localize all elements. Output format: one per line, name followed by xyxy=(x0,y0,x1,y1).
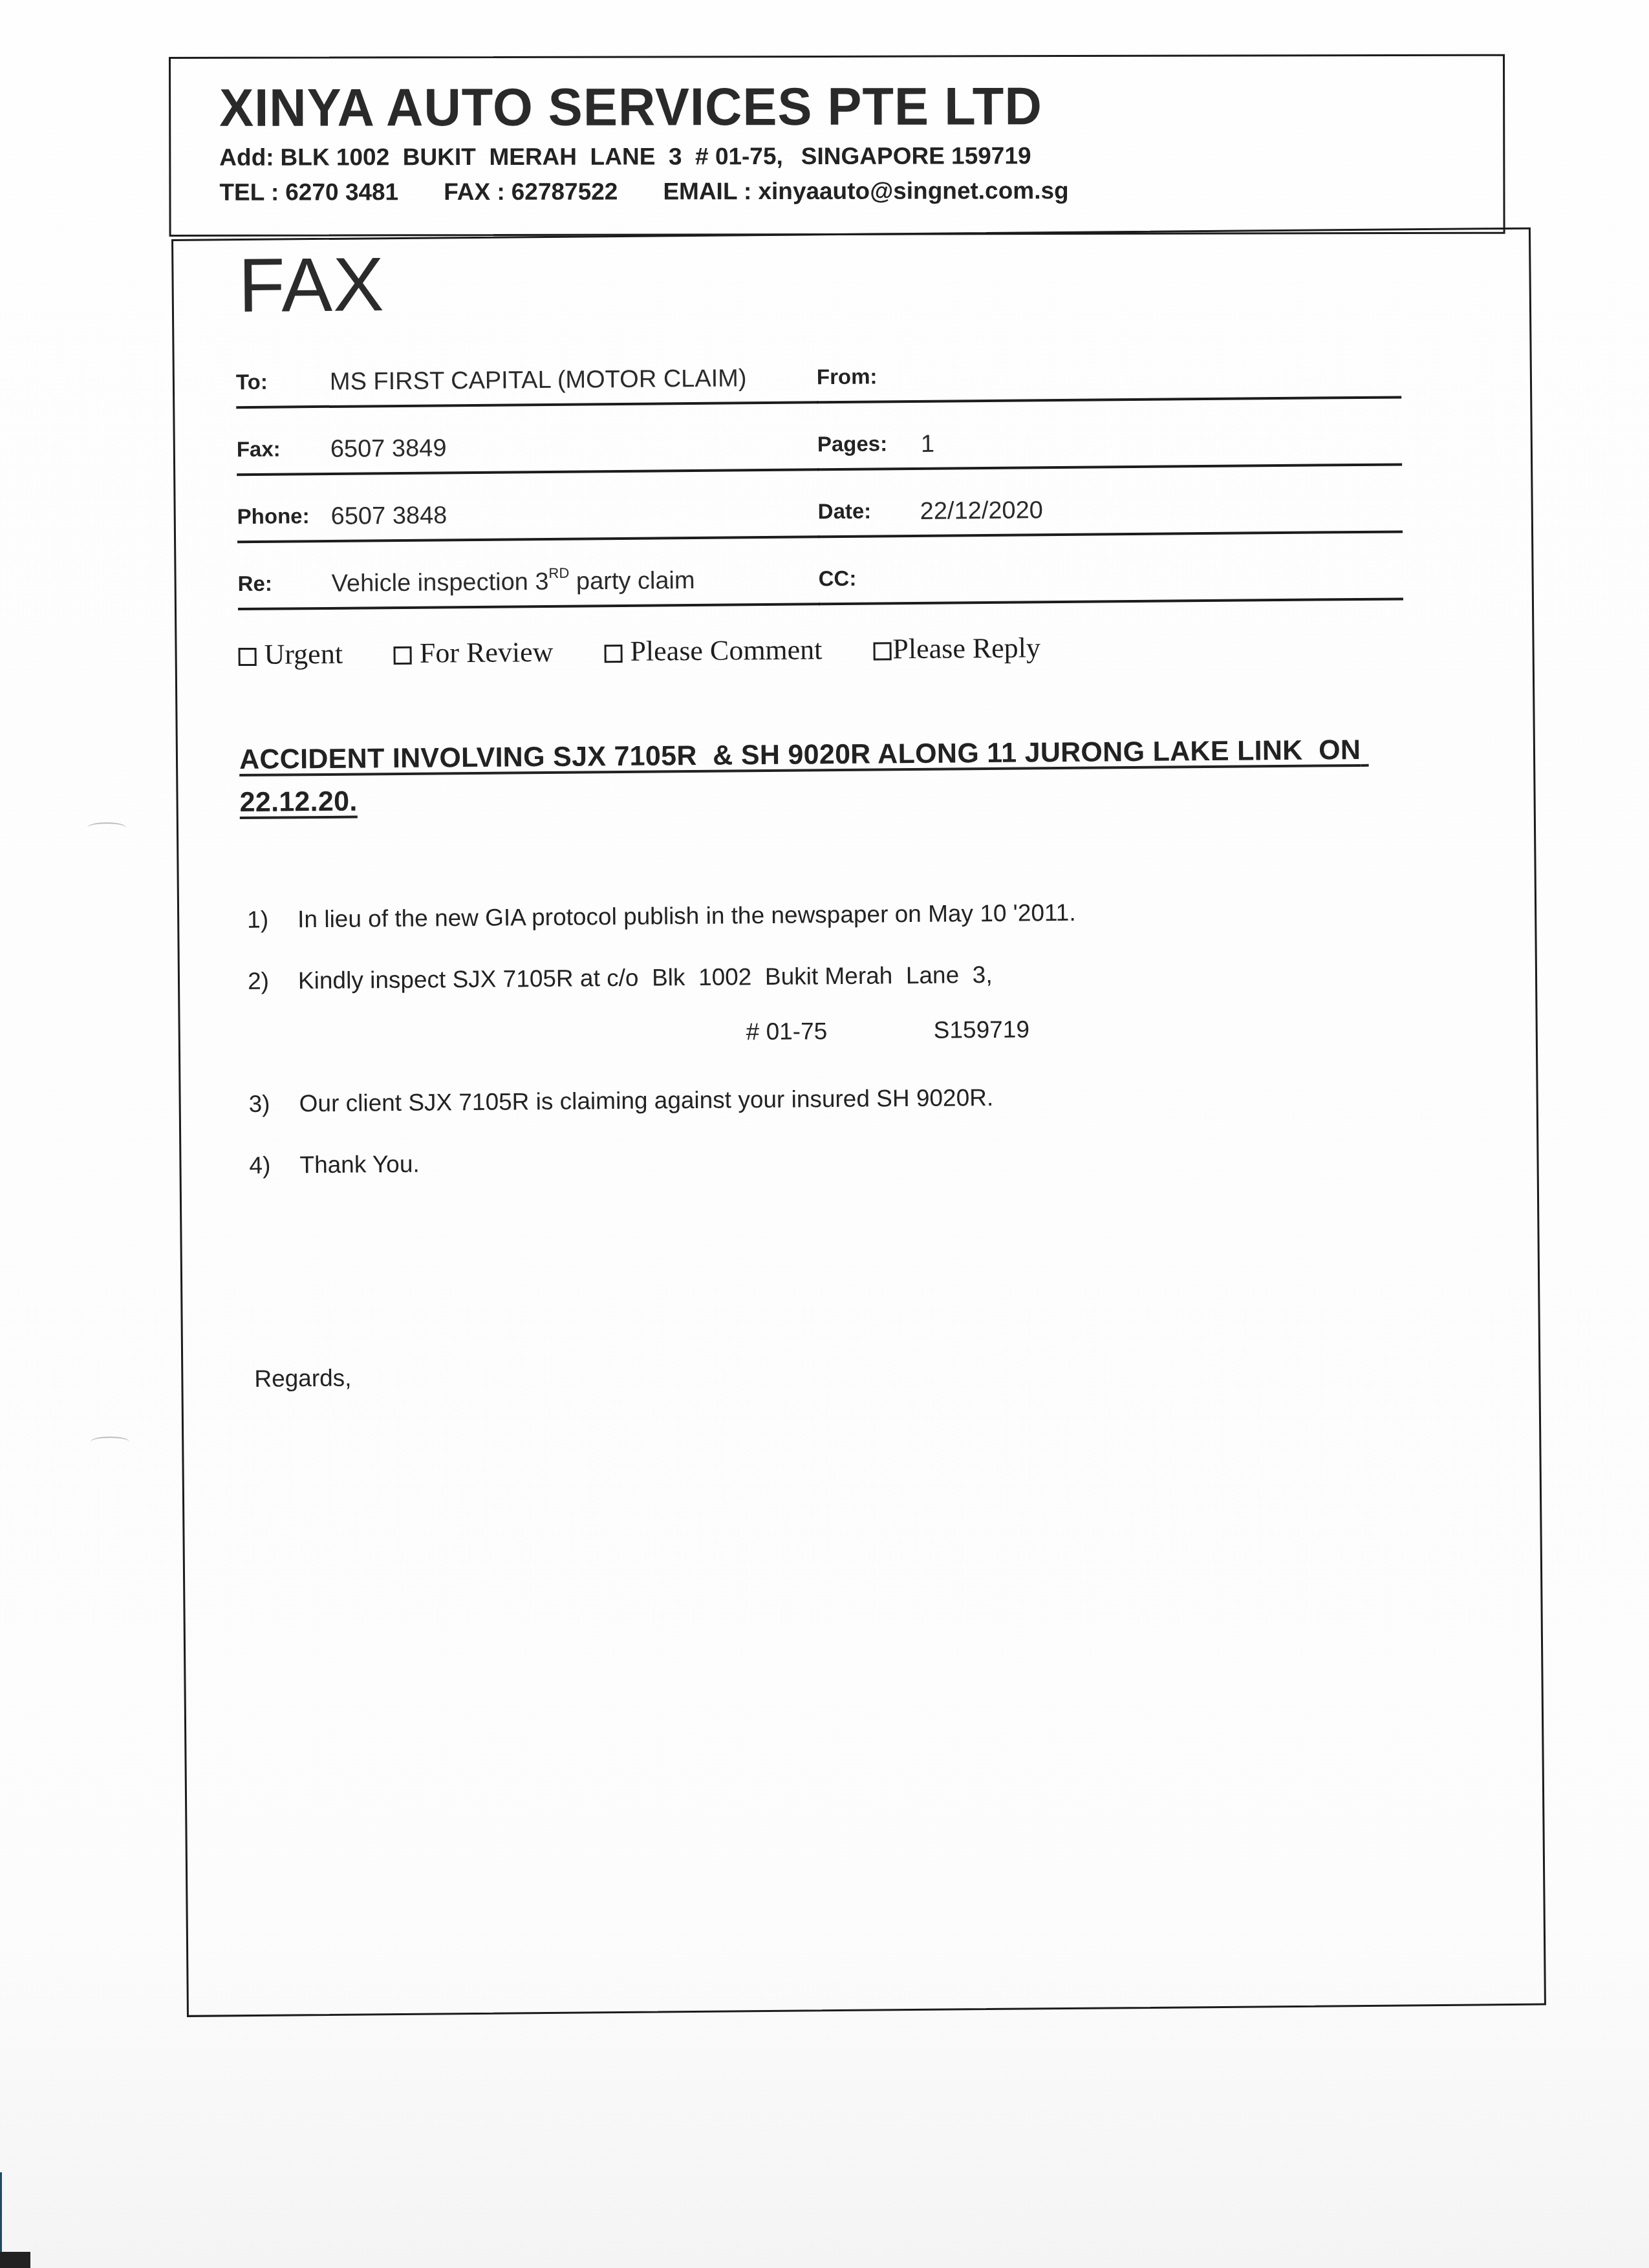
letterhead-box: XINYA AUTO SERVICES PTE LTD Add:BLK 1002… xyxy=(169,54,1505,237)
list-text: In lieu of the new GIA protocol publish … xyxy=(297,899,1076,934)
checkbox-urgent[interactable]: Urgent xyxy=(238,637,343,671)
priority-checkboxes: Urgent For Review Please Comment Please … xyxy=(238,631,1040,672)
scan-edge-artifact xyxy=(0,2172,2,2256)
checkbox-square-icon[interactable] xyxy=(394,646,412,664)
re-value-prefix: Vehicle inspection 3 xyxy=(331,568,548,597)
field-row-re-cc: Re: Vehicle inspection 3RD party claim C… xyxy=(237,535,1402,610)
phone-value: 6507 3848 xyxy=(331,502,447,531)
fax-title: FAX xyxy=(238,241,385,330)
pages-field[interactable]: Pages: 1 xyxy=(817,398,1402,471)
address-postal: S159719 xyxy=(934,1016,1030,1043)
field-row-to-from: To: MS FIRST CAPITAL (MOTOR CLAIM) From: xyxy=(235,334,1400,409)
punch-hole-mark xyxy=(91,1437,129,1447)
pages-label: Pages: xyxy=(817,431,888,456)
re-label: Re: xyxy=(237,572,272,596)
subject-heading: ACCIDENT INVOLVING SJX 7105R & SH 9020R … xyxy=(239,728,1404,824)
phone-label: Phone: xyxy=(237,504,310,529)
field-row-fax-pages: Fax: 6507 3849 Pages: 1 xyxy=(236,401,1401,476)
list-text: Kindly inspect SJX 7105R at c/o Blk 1002… xyxy=(298,961,993,994)
list-number: 4) xyxy=(249,1152,270,1179)
address-value: BLK 1002 BUKIT MERAH LANE 3 # 01-75, xyxy=(281,143,783,171)
to-label: To: xyxy=(236,370,268,394)
email-label: EMAIL : xyxy=(663,178,751,204)
list-item: 3) Our client SJX 7105R is claiming agai… xyxy=(248,1080,1413,1152)
re-value-superscript: RD xyxy=(548,565,569,581)
list-number: 1) xyxy=(247,906,268,934)
list-item: 1) In lieu of the new GIA protocol publi… xyxy=(247,896,1412,968)
cc-field[interactable]: CC: xyxy=(818,533,1403,605)
date-label: Date: xyxy=(818,499,872,524)
city-postal: SINGAPORE 159719 xyxy=(801,142,1031,169)
fax-value: 62787522 xyxy=(512,178,618,205)
cc-label: CC: xyxy=(818,566,856,592)
list-text: Thank You. xyxy=(299,1151,420,1179)
re-field[interactable]: Re: Vehicle inspection 3RD party claim xyxy=(237,538,820,610)
fax-form-box: FAX To: MS FIRST CAPITAL (MOTOR CLAIM) F… xyxy=(171,228,1546,2017)
checkbox-please-comment[interactable]: Please Comment xyxy=(604,633,822,668)
checkbox-label: For Review xyxy=(420,636,554,670)
fax-label: FAX : xyxy=(444,178,505,205)
company-name: XINYA AUTO SERVICES PTE LTD xyxy=(219,76,1042,139)
list-text: Our client SJX 7105R is claiming against… xyxy=(299,1084,993,1117)
re-value-suffix: party claim xyxy=(569,567,695,595)
closing-regards: Regards, xyxy=(254,1365,352,1393)
list-item: 2) Kindly inspect SJX 7105R at c/o Blk 1… xyxy=(248,957,1412,1029)
email-value: xinyaauto@singnet.com.sg xyxy=(758,177,1068,204)
to-field[interactable]: To: MS FIRST CAPITAL (MOTOR CLAIM) xyxy=(235,336,818,409)
scan-corner-artifact xyxy=(0,2252,30,2268)
date-value: 22/12/2020 xyxy=(920,497,1044,526)
from-label: From: xyxy=(817,364,878,389)
list-item: 4) Thank You. xyxy=(249,1142,1414,1214)
date-field[interactable]: Date: 22/12/2020 xyxy=(817,465,1403,538)
checkbox-square-icon[interactable] xyxy=(604,644,622,662)
checkbox-label: Please Comment xyxy=(630,633,822,668)
checkbox-for-review[interactable]: For Review xyxy=(394,636,554,670)
list-number: 3) xyxy=(248,1091,270,1118)
address-unit: # 01-75 xyxy=(746,1018,828,1045)
fax-value: 6507 3849 xyxy=(330,434,447,464)
message-list: 1) In lieu of the new GIA protocol publi… xyxy=(247,896,1414,1214)
tel-value: 6270 3481 xyxy=(285,178,398,205)
pages-value: 1 xyxy=(921,431,935,458)
checkbox-square-icon[interactable] xyxy=(873,642,891,660)
fax-label: Fax: xyxy=(237,437,281,462)
phone-field[interactable]: Phone: 6507 3848 xyxy=(237,471,819,543)
re-value: Vehicle inspection 3RD party claim xyxy=(331,567,695,598)
company-contact: TEL :6270 3481FAX :62787522EMAIL :xinyaa… xyxy=(219,177,1086,206)
company-address: Add:BLK 1002 BUKIT MERAH LANE 3 # 01-75,… xyxy=(219,142,1049,171)
field-row-phone-date: Phone: 6507 3848 Date: 22/12/2020 xyxy=(237,468,1401,543)
fax-number-field[interactable]: Fax: 6507 3849 xyxy=(236,403,819,476)
from-field[interactable]: From: xyxy=(816,331,1401,403)
address-label: Add: xyxy=(219,144,274,171)
tel-label: TEL : xyxy=(219,179,279,206)
list-item-continuation: # 01-75 S159719 xyxy=(248,1019,1413,1091)
list-number: 2) xyxy=(248,968,269,995)
checkbox-square-icon[interactable] xyxy=(239,647,257,665)
punch-hole-mark xyxy=(87,822,126,833)
checkbox-label: Please Reply xyxy=(892,631,1040,665)
to-value: MS FIRST CAPITAL (MOTOR CLAIM) xyxy=(330,365,747,396)
checkbox-please-reply[interactable]: Please Reply xyxy=(873,631,1040,665)
checkbox-label: Urgent xyxy=(264,637,343,671)
